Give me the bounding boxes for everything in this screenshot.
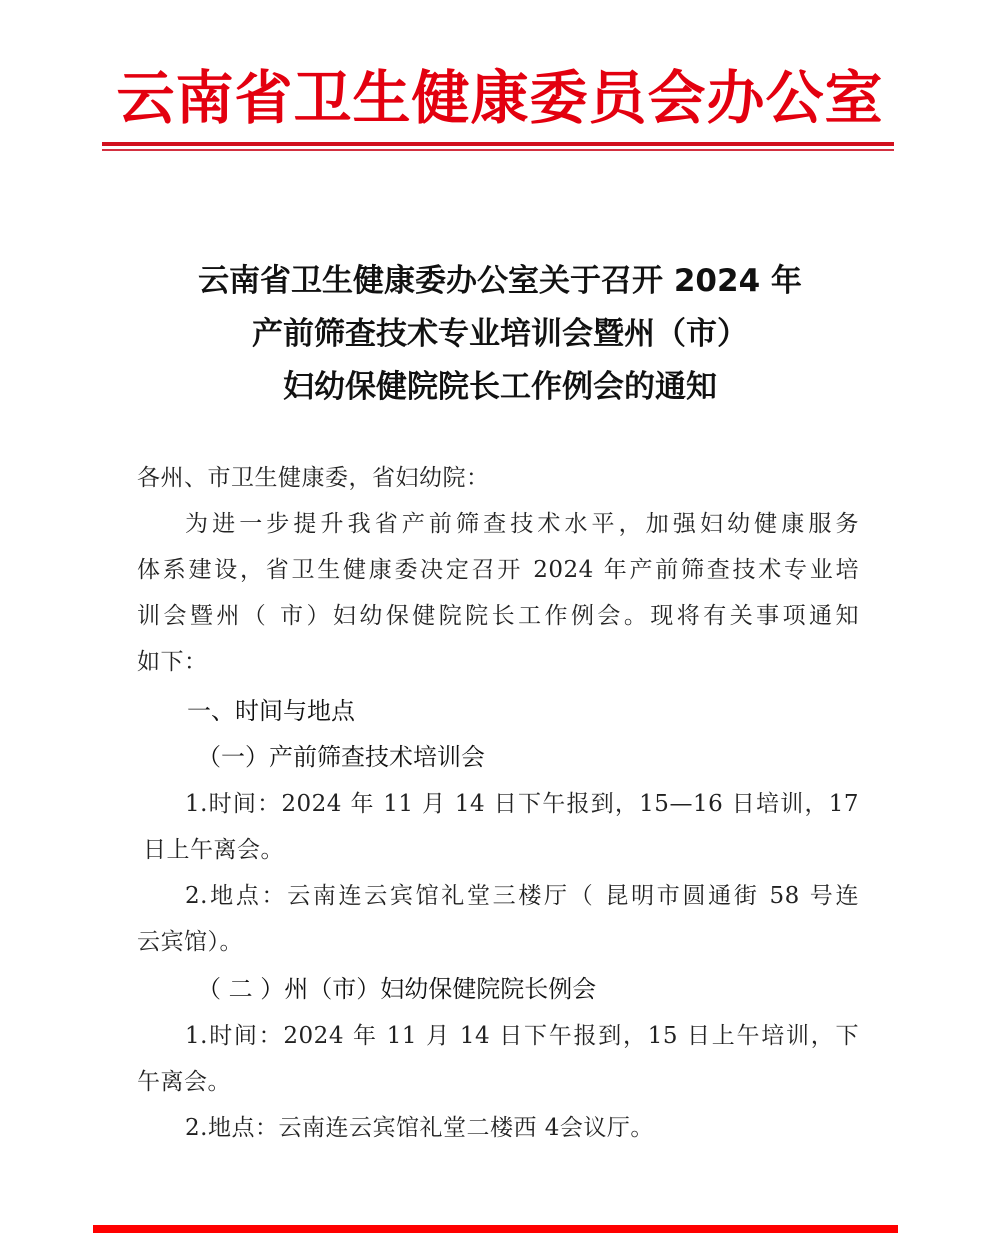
intro-paragraph-line-3: 训会暨州（ 市）妇幼保健院院长工作例会。现将有关事项通知 bbox=[137, 593, 859, 639]
subsection-heading-directors-meeting: （ 二 ）州（市）妇幼保健院院长例会 bbox=[137, 965, 859, 1013]
training-place-line-2: 云宾馆）。 bbox=[137, 919, 859, 965]
training-place-line-1: 2.地点：云南连云宾馆礼堂三楼厅（ 昆明市圆通街 58 号连 bbox=[137, 873, 859, 919]
letterhead-title: 云南省卫生健康委员会办公室 bbox=[100, 62, 900, 134]
letterhead-rule-thick bbox=[102, 142, 894, 146]
training-time-line-1: 1.时间：2024 年 11 月 14 日下午报到，15—16 日培训，17 bbox=[137, 781, 859, 827]
letterhead-rule-thin bbox=[102, 149, 894, 151]
footer-rule bbox=[93, 1225, 898, 1233]
document-title: 云南省卫生健康委办公室关于召开 2024 年 产前筛查技术专业培训会暨州（市） … bbox=[100, 255, 900, 414]
document-title-line-3: 妇幼保健院院长工作例会的通知 bbox=[100, 361, 900, 414]
meeting-time-line-1: 1.时间：2024 年 11 月 14 日下午报到，15 日上午培训，下 bbox=[137, 1013, 859, 1059]
document-title-line-2: 产前筛查技术专业培训会暨州（市） bbox=[100, 308, 900, 361]
subsection-heading-training: （一）产前筛查技术培训会 bbox=[137, 733, 859, 781]
salutation: 各州、市卫生健康委，省妇幼院： bbox=[137, 455, 859, 501]
document-body: 各州、市卫生健康委，省妇幼院： 为进一步提升我省产前筛查技术水平，加强妇幼健康服… bbox=[137, 455, 859, 1151]
intro-paragraph-line-2: 体系建设，省卫生健康委决定召开 2024 年产前筛查技术专业培 bbox=[137, 547, 859, 593]
section-heading-time-place: 一、时间与地点 bbox=[137, 685, 859, 733]
training-time-line-2: 日上午离会。 bbox=[137, 827, 859, 873]
meeting-place-line-1: 2.地点：云南连云宾馆礼堂二楼西 4会议厅。 bbox=[137, 1105, 859, 1151]
intro-paragraph-line-1: 为进一步提升我省产前筛查技术水平，加强妇幼健康服务 bbox=[137, 501, 859, 547]
meeting-time-line-2: 午离会。 bbox=[137, 1059, 859, 1105]
intro-paragraph-line-4: 如下： bbox=[137, 639, 859, 685]
document-title-line-1: 云南省卫生健康委办公室关于召开 2024 年 bbox=[100, 255, 900, 308]
